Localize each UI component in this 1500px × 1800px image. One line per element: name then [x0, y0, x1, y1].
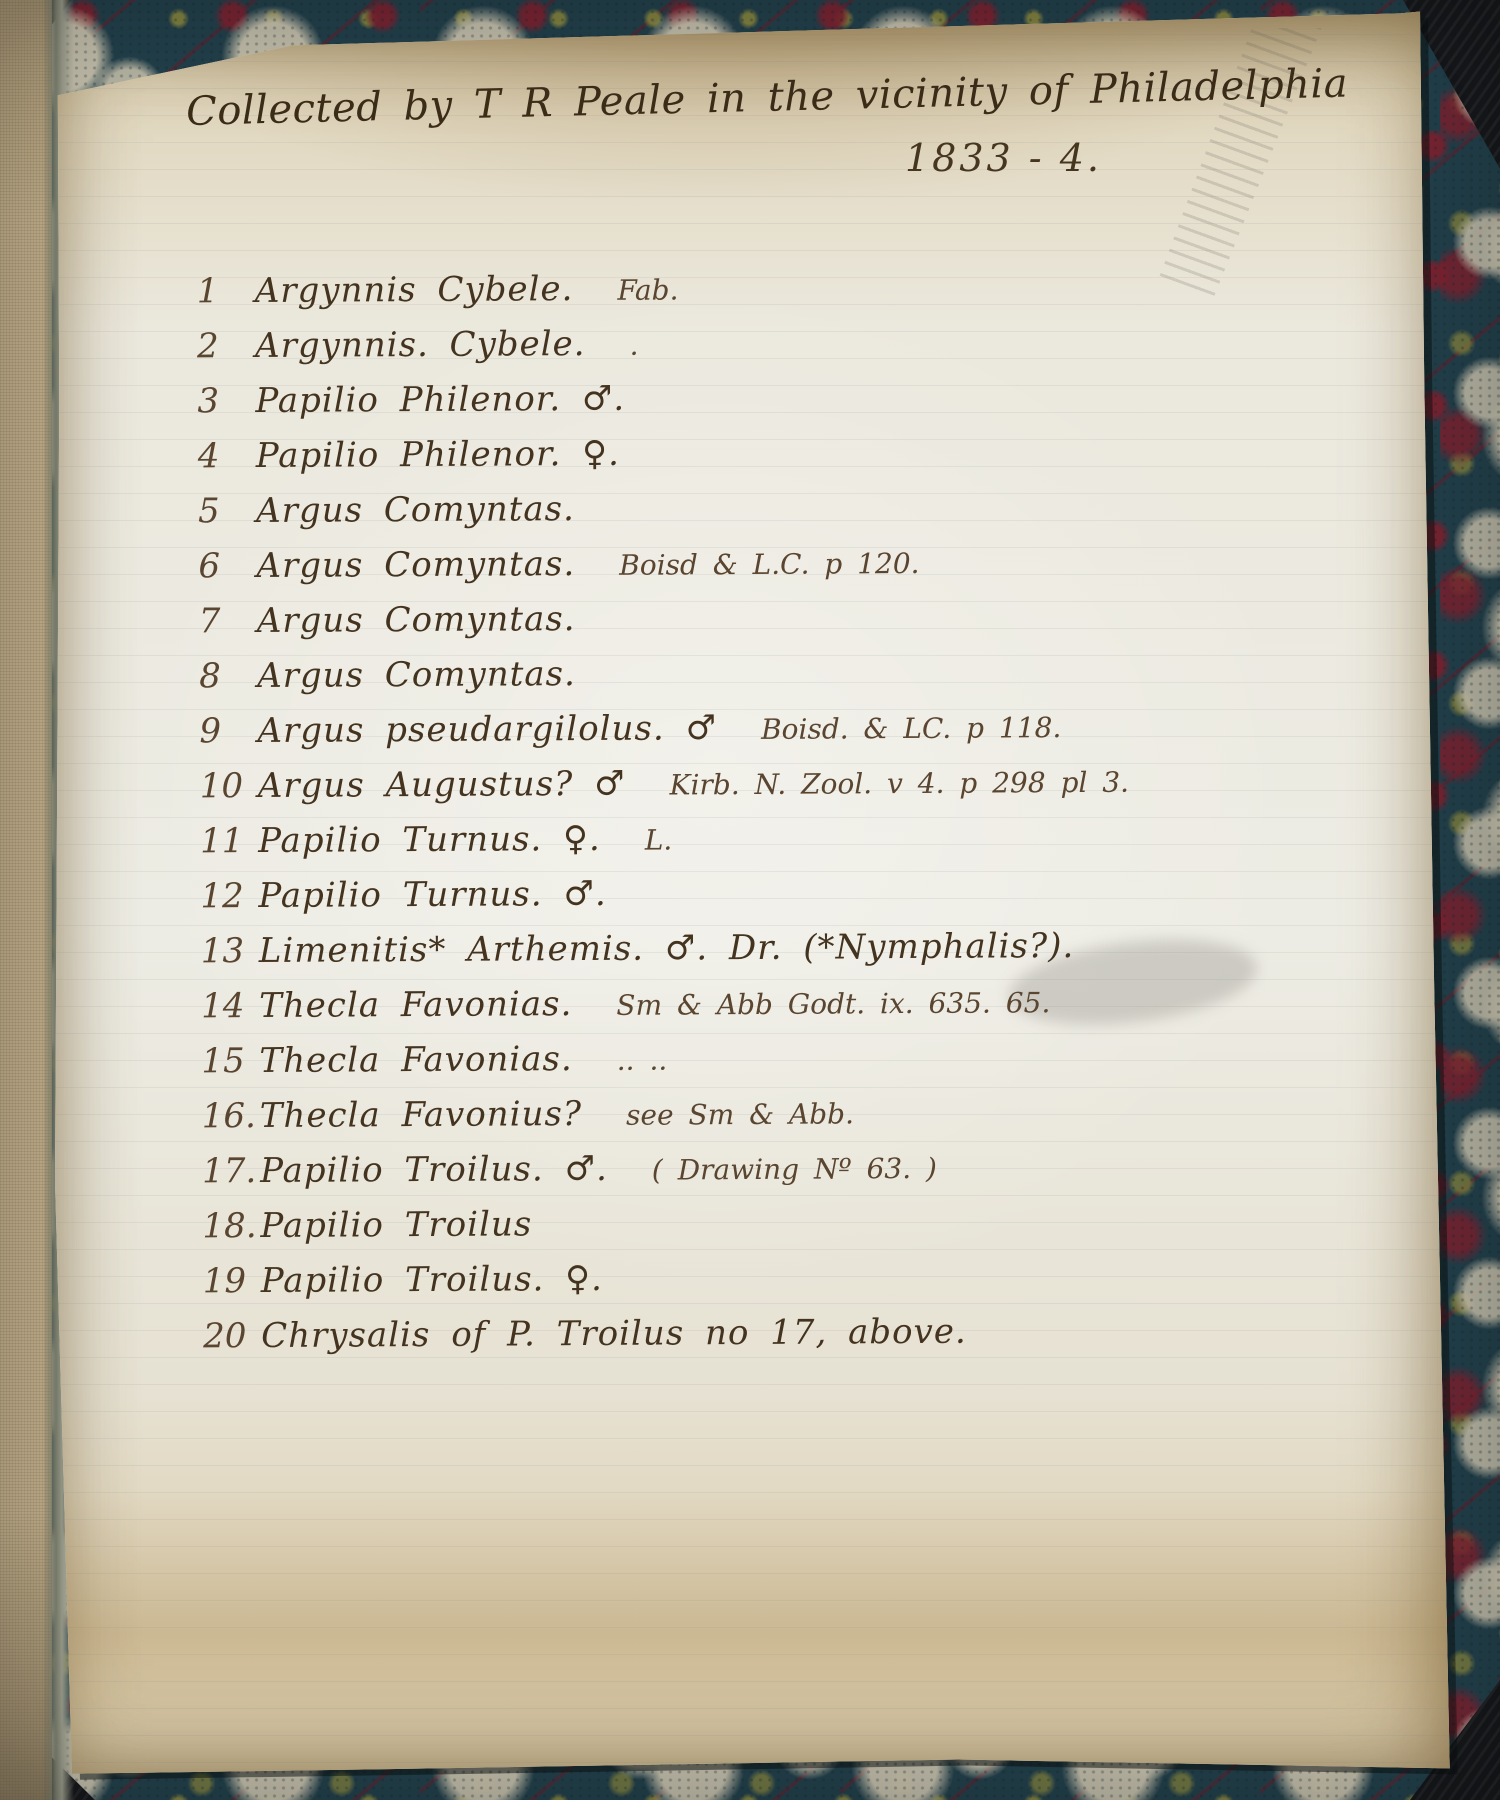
- entry-number: 11: [200, 821, 258, 861]
- entry-number: 4: [198, 436, 256, 476]
- entry-note: .. ..: [617, 1044, 668, 1077]
- list-entry: 7 Argus Comyntas.: [199, 595, 1299, 657]
- entry-note: ( Drawing Nº 63. ): [652, 1152, 937, 1187]
- species-name: Argus Comyntas.: [257, 654, 576, 696]
- entry-number: 9: [199, 711, 257, 751]
- list-entry: 1 Argynnis Cybele. Fab.: [197, 265, 1297, 327]
- entry-number: 1: [197, 271, 255, 311]
- list-entry: 12 Papilio Turnus. ♂.: [200, 870, 1300, 932]
- species-name: Thecla Favonias.: [259, 1039, 572, 1081]
- entry-number: 14: [201, 986, 259, 1026]
- list-entry: 8 Argus Comyntas.: [199, 650, 1299, 712]
- entry-number: 12: [200, 876, 258, 916]
- entry-number: 10: [200, 766, 258, 806]
- entry-number: 19: [203, 1261, 261, 1301]
- entry-note: Sm & Abb Godt. ix. 635. 65.: [616, 986, 1050, 1022]
- species-name: Papilio Philenor. ♀.: [256, 434, 620, 476]
- species-name: Papilio Troilus: [260, 1204, 532, 1246]
- species-name: Argus Comyntas.: [256, 489, 575, 531]
- entry-note: Fab.: [617, 273, 678, 306]
- entry-note: see Sm & Abb.: [626, 1097, 854, 1131]
- species-name: Papilio Troilus. ♀.: [261, 1259, 603, 1301]
- list-entry: 9 Argus pseudargilolus. ♂ Boisd. & LC. p…: [199, 705, 1299, 767]
- species-name: Thecla Favonius?: [260, 1094, 583, 1136]
- species-name: Thecla Favonias.: [259, 984, 572, 1026]
- list-entry: 13 Limenitis* Arthemis. ♂. Dr. (*Nymphal…: [201, 925, 1301, 987]
- notebook-scan: Collected by T R Peale in the vicinity o…: [0, 0, 1500, 1800]
- entry-number: 2: [197, 326, 255, 366]
- list-entry: 4 Papilio Philenor. ♀.: [198, 430, 1298, 492]
- list-entry: 14 Thecla Favonias. Sm & Abb Godt. ix. 6…: [201, 980, 1301, 1042]
- entry-note: Boisd & L.C. p 120.: [619, 547, 919, 582]
- list-entry: 17. Papilio Troilus. ♂. ( Drawing Nº 63.…: [202, 1145, 1302, 1207]
- date-line: 1833 - 4.: [905, 136, 1102, 180]
- list-entry: 5 Argus Comyntas.: [198, 485, 1298, 547]
- list-entry: 18. Papilio Troilus: [202, 1200, 1302, 1262]
- entry-number: 7: [199, 601, 257, 641]
- species-name: Papilio Troilus. ♂.: [260, 1149, 608, 1191]
- entry-number: 20: [203, 1316, 261, 1356]
- list-entry: 16. Thecla Favonius? see Sm & Abb.: [202, 1090, 1302, 1152]
- entry-number: 17.: [202, 1151, 260, 1191]
- entry-note: Kirb. N. Zool. v 4. p 298 pl 3.: [670, 766, 1130, 802]
- list-entry: 3 Papilio Philenor. ♂.: [197, 375, 1297, 437]
- list-entry: 20 Chrysalis of P. Troilus no 17, above.: [203, 1310, 1303, 1372]
- species-name: Argus Augustus? ♂: [258, 764, 626, 806]
- age-stain-bottom: [38, 1488, 1454, 1728]
- species-name: Papilio Turnus. ♀.: [258, 819, 601, 861]
- entry-note: .: [629, 329, 638, 362]
- entry-number: 6: [198, 546, 256, 586]
- species-name: Papilio Philenor. ♂.: [255, 379, 625, 421]
- entry-note: Boisd. & LC. p 118.: [761, 711, 1061, 746]
- list-entry: 19 Papilio Troilus. ♀.: [203, 1255, 1303, 1317]
- entry-number: 8: [199, 656, 257, 696]
- entry-note: L.: [645, 823, 673, 856]
- entry-number: 3: [197, 381, 255, 421]
- list-entry: 6 Argus Comyntas. Boisd & L.C. p 120.: [198, 540, 1298, 602]
- species-name: Papilio Turnus. ♂.: [258, 874, 607, 916]
- species-name: Limenitis* Arthemis. ♂. Dr. (*Nymphalis?…: [259, 926, 1075, 971]
- species-name: Chrysalis of P. Troilus no 17, above.: [261, 1312, 967, 1356]
- entry-number: 16.: [202, 1096, 260, 1136]
- species-name: Argus pseudargilolus. ♂: [257, 708, 717, 751]
- specimen-list: 1 Argynnis Cybele. Fab. 2 Argynnis. Cybe…: [197, 265, 1304, 1372]
- species-name: Argus Comyntas.: [256, 544, 575, 586]
- entry-number: 15: [201, 1041, 259, 1081]
- entry-number: 13: [201, 931, 259, 971]
- species-name: Argus Comyntas.: [257, 599, 576, 641]
- species-name: Argynnis Cybele.: [255, 269, 574, 311]
- entry-number: 18.: [202, 1206, 260, 1246]
- entry-number: 5: [198, 491, 256, 531]
- list-entry: 11 Papilio Turnus. ♀. L.: [200, 815, 1300, 877]
- list-entry: 15 Thecla Favonias. .. ..: [201, 1035, 1301, 1097]
- list-entry: 2 Argynnis. Cybele. .: [197, 320, 1297, 382]
- list-entry: 10 Argus Augustus? ♂ Kirb. N. Zool. v 4.…: [200, 760, 1300, 822]
- species-name: Argynnis. Cybele.: [255, 324, 586, 366]
